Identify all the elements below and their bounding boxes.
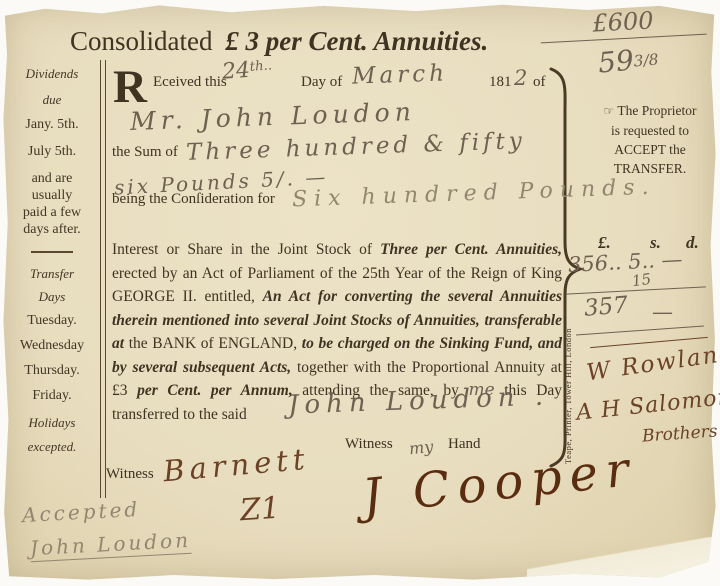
paper-corner-tear [527,537,717,582]
price-denominator: 8 [648,50,659,69]
proprietor-note-line2: is requested to [583,121,717,140]
currency-header-pence: d. [686,233,699,253]
sidebar-line: Friday. [6,388,98,404]
proprietor-note-line3: ACCEPT the [583,140,717,159]
sidebar-double-rule [100,60,106,498]
handwritten-day: 24th.. [221,56,273,84]
sidebar-dividend-transfer-notes: Dividends due Jany. 5th. July 5th. and a… [6,66,98,455]
received-this-label: Eceived this [153,74,227,91]
handwritten-amount-row3: 357 [583,292,629,322]
proprietor-note-line1: ☞ The Proprietor [583,101,717,121]
dropcap-R: R [113,64,147,111]
handwritten-ledger-mark: Z1 [239,491,281,529]
sidebar-line: days after. [6,222,98,238]
proprietor-note: ☞ The Proprietor is requested to ACCEPT … [583,101,717,178]
handwritten-price-quote: 593/8 [597,41,660,79]
title-roman: Consolidated [70,26,213,56]
paragraph-segment: Interest or Share in the Joint Stock of [112,241,380,258]
title-emphasis: £ 3 per Cent. Annuities. [225,26,488,56]
sidebar-line: July 5th. [6,144,98,160]
day-number: 24 [221,58,251,85]
scanned-annuity-transfer-document: { "colors": { "paper": "#e8ddbf", "print… [0,0,720,586]
day-suffix: th.. [249,58,272,75]
manicule-icon: ☞ [603,104,614,118]
handwritten-month: March [352,60,449,89]
page-title: Consolidated £ 3 per Cent. Annuities. [70,26,488,57]
year-printed: 181 [489,74,512,91]
handwritten-year-digit: 2 [514,66,527,90]
price-numerator: 3 [633,52,644,71]
witness-hand-label-left: Witness [345,436,393,453]
sum-of-label: the Sum of [112,144,178,161]
sidebar-line: Transfer [6,266,98,282]
handwritten-amount-row2: 15 [631,270,652,290]
sidebar-line: Thursday. [6,363,98,379]
sidebar-line: due [6,92,98,108]
consideration-label: being the Conſideration for [112,191,275,208]
sidebar-line: Wednesday [6,338,98,354]
sidebar-line: excepted. [6,439,98,455]
proprietor-note-text: The Proprietor [617,103,696,118]
sidebar-line: usually [6,188,98,204]
sidebar-divider [31,251,73,253]
witness-label: Witness [106,466,154,483]
handwritten-amount-row3-pence: — [652,300,673,324]
paragraph-segment: the BANK of ENGLAND, [124,335,302,352]
paragraph-segment: Three per Cent. Annuities, [380,241,562,258]
printer-credit: Teape, Printer, Tower Hill, London [563,296,573,464]
witness-hand-label-right: Hand [448,436,481,453]
handwritten-my: my [408,437,434,458]
sidebar-line: Tuesday. [6,313,98,329]
sidebar-line: and are [6,171,98,187]
sidebar-line: Dividends [6,66,98,82]
price-whole: 59 [597,44,635,80]
price-fraction: 3/8 [633,53,659,69]
sidebar-line: Days [6,289,98,305]
sidebar-line: Jany. 5th. [6,117,98,133]
paragraph-segment: per Cent. per Annum, [137,382,293,399]
sidebar-line: paid a few [6,205,98,221]
sidebar-line: Holidays [6,415,98,431]
day-of-label: Day of [301,74,342,91]
